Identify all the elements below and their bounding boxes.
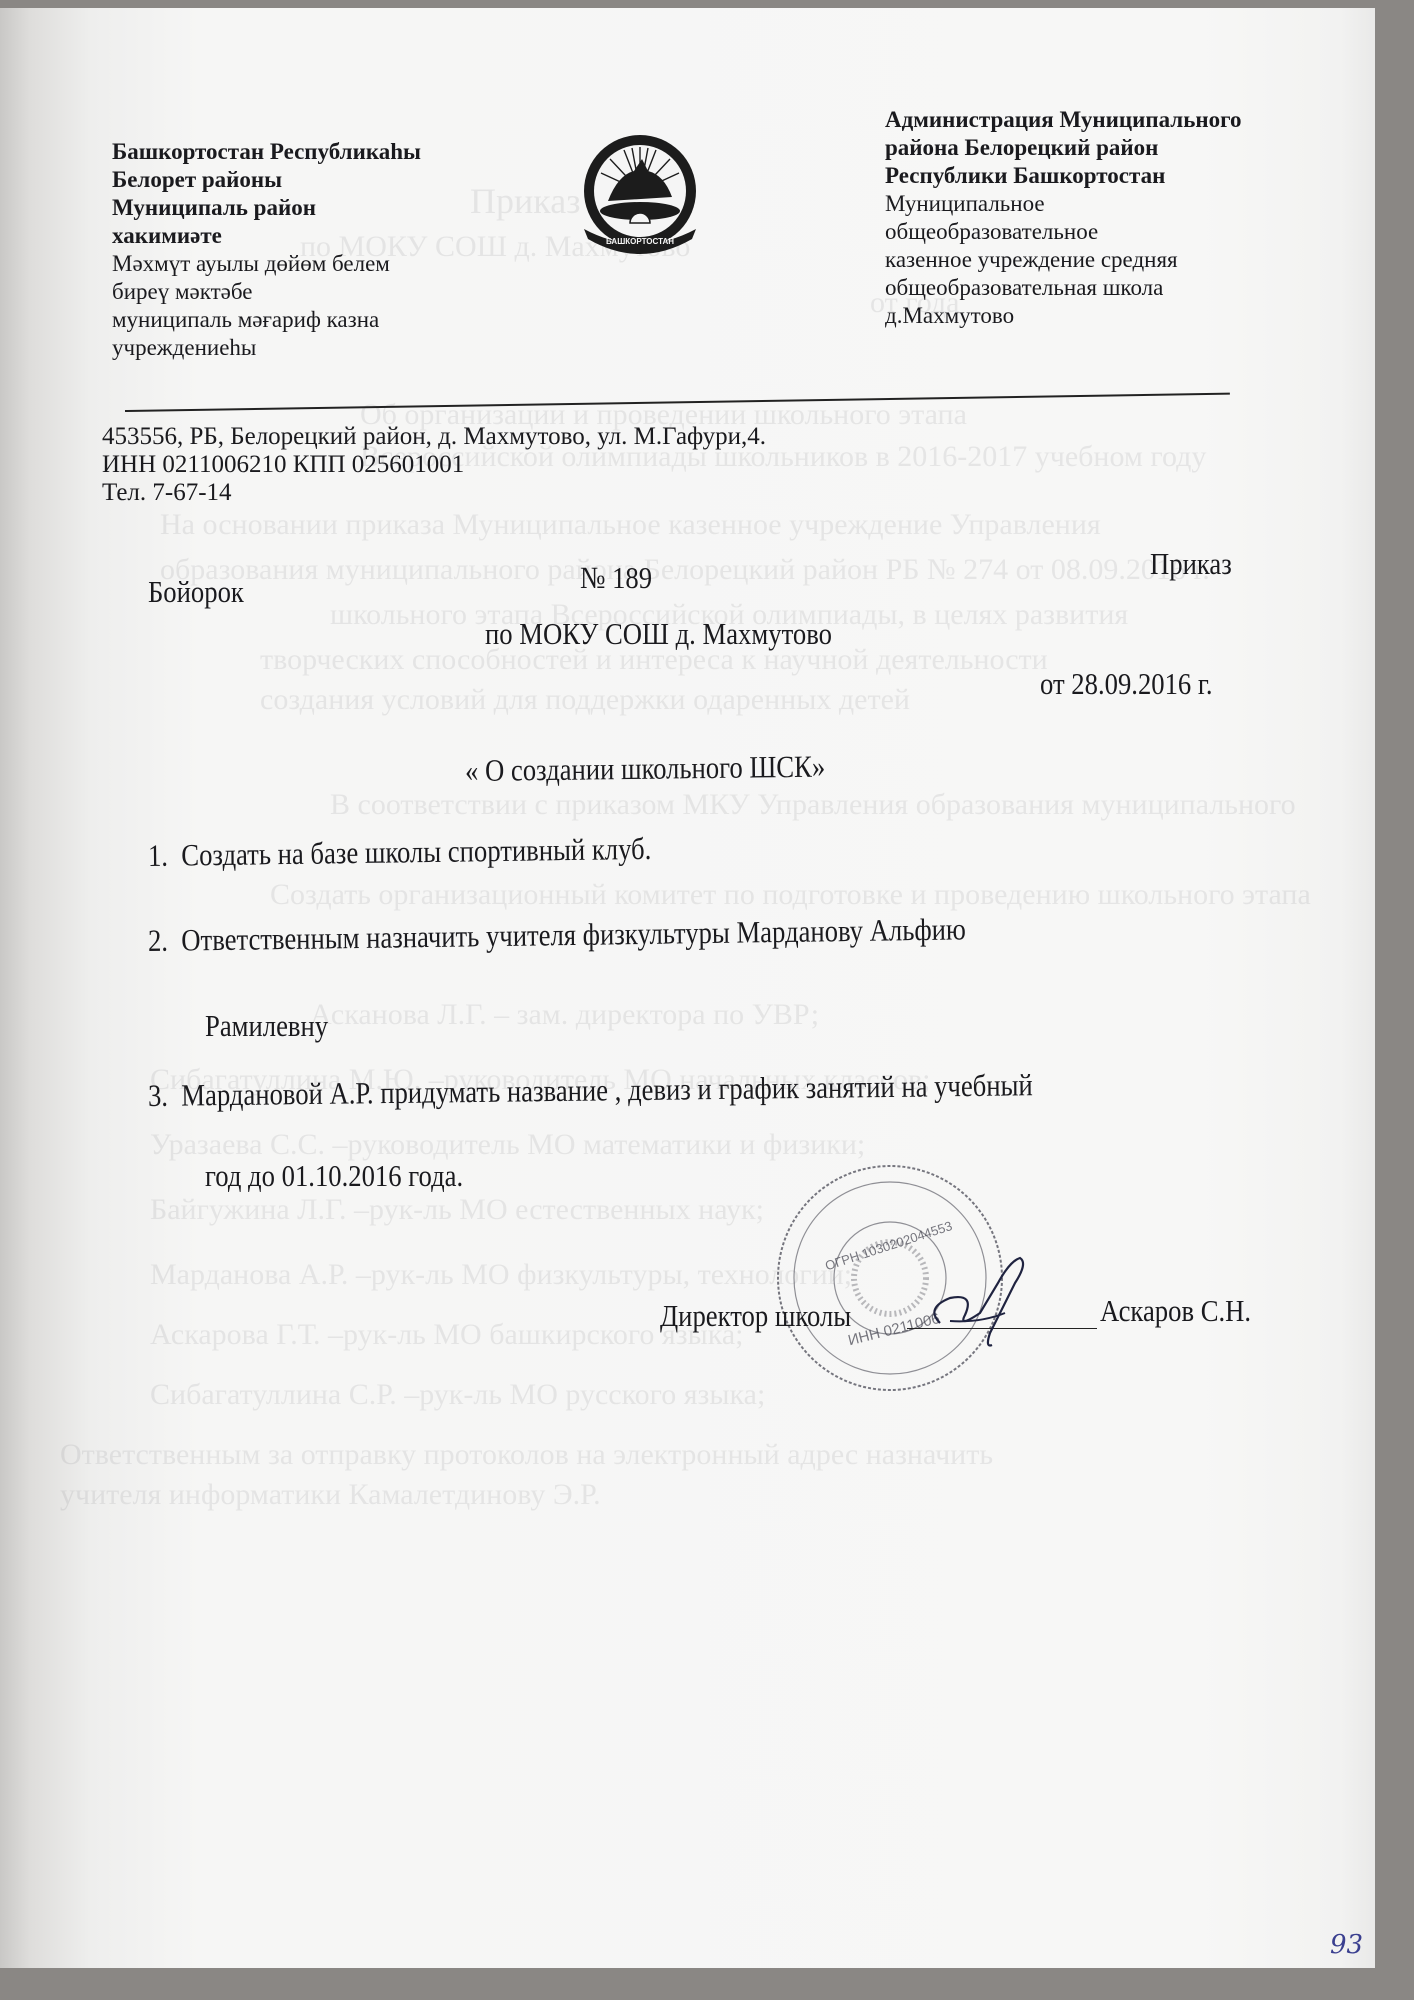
- bleed-through-text: Приказ: [470, 180, 580, 222]
- header-left-line: биреү мәктәбе: [112, 278, 421, 306]
- item-text: Мардановой А.Р. придумать название , дев…: [181, 1067, 1033, 1112]
- bleed-through-text: Аскарова Г.Т. –рук-ль МО башкирского язы…: [150, 1318, 744, 1352]
- header-left-line: учреждениеhы: [112, 334, 421, 362]
- header-left-line: Белорет районы: [112, 166, 421, 194]
- item-number: 2.: [148, 923, 168, 958]
- header-divider: [125, 393, 1230, 412]
- order-item: 3. Мардановой А.Р. придумать название , …: [148, 1067, 1033, 1114]
- order-item: 2. Ответственным назначить учителя физку…: [148, 911, 966, 959]
- header-left-line: хакимиәте: [112, 222, 421, 250]
- bleed-through-text: В соответствии с приказом МКУ Управления…: [330, 788, 1296, 822]
- address-line: 453556, РБ, Белорецкий район, д. Махмуто…: [102, 423, 766, 451]
- bleed-through-text: На основании приказа Муниципальное казен…: [160, 508, 1101, 542]
- phone-line: Тел. 7-67-14: [102, 479, 766, 507]
- order-label-russian: Приказ: [1150, 546, 1232, 582]
- item-text: Создать на базе школы спортивный клуб.: [181, 831, 651, 873]
- bleed-through-text: Асканова Л.Г. – зам. директора по УВР;: [310, 998, 819, 1032]
- header-left-line: Мәхмүт ауылы дөйөм белем: [112, 250, 421, 278]
- bleed-through-text: образования муниципального района Белоре…: [160, 553, 1210, 587]
- order-organization: по МОКУ СОШ д. Махмутово: [485, 616, 832, 652]
- header-left-block: Башкортостан Республикаhы Белорет районы…: [112, 138, 421, 362]
- bleed-through-text: Марданова А.Р. –рук-ль МО физкультуры, т…: [150, 1258, 852, 1292]
- bleed-through-text: Создать организационный комитет по подго…: [270, 878, 1311, 912]
- svg-text:БАШКОРТОСТАН: БАШКОРТОСТАН: [606, 237, 674, 246]
- order-label-bashkir: Бойорок: [148, 574, 244, 610]
- scan-background: [1394, 1600, 1414, 2000]
- header-right-line: общеобразовательное: [885, 218, 1242, 246]
- bleed-through-text: Байгужина Л.Г. –рук-ль МО естественных н…: [150, 1193, 764, 1227]
- bleed-through-text: создания условий для поддержки одаренных…: [260, 683, 910, 717]
- bleed-through-text: Уразаева С.С. –руководитель МО математик…: [150, 1128, 865, 1162]
- header-right-line: общеобразовательная школа: [885, 274, 1242, 302]
- order-title: « О создании школьного ШСК»: [465, 749, 826, 789]
- item-continuation: Рамилевну: [205, 1008, 328, 1044]
- bleed-through-text: Сибагатуллина С.Р. –рук-ль МО русского я…: [150, 1378, 765, 1412]
- header-right-line: Муниципальное: [885, 190, 1242, 218]
- signature-role: Директор школы: [660, 1298, 851, 1334]
- header-right-line: казенное учреждение средняя: [885, 246, 1242, 274]
- handwritten-signature-icon: [920, 1253, 1060, 1353]
- item-text: Ответственным назначить учителя физкульт…: [181, 911, 966, 957]
- bashkortostan-coat-of-arms-icon: БАШКОРТОСТАН: [568, 131, 713, 266]
- header-right-line: района Белорецкий район: [885, 134, 1242, 162]
- address-block: 453556, РБ, Белорецкий район, д. Махмуто…: [102, 423, 766, 507]
- page-number: 93: [1330, 1930, 1363, 1960]
- header-left-line: Муниципаль район: [112, 194, 421, 222]
- header-left-line: муниципаль мәғариф казна: [112, 306, 421, 334]
- header-right-line: Администрация Муниципального: [885, 106, 1242, 134]
- order-item: 1. Создать на базе школы спортивный клуб…: [148, 831, 652, 874]
- order-date: от 28.09.2016 г.: [1040, 666, 1213, 702]
- header-right-line: Республики Башкортостан: [885, 162, 1242, 190]
- bleed-through-text: Ответственным за отправку протоколов на …: [60, 1438, 993, 1472]
- header-right-line: д.Махмутово: [885, 302, 1242, 330]
- header-right-block: Администрация Муниципального района Бело…: [885, 106, 1242, 330]
- item-number: 3.: [148, 1078, 168, 1113]
- director-name: Аскаров С.Н.: [1100, 1293, 1251, 1329]
- item-continuation: год до 01.10.2016 года.: [205, 1158, 463, 1194]
- document-page: Приказ по МОКУ СОШ д. Махмутово от года …: [0, 8, 1375, 1968]
- inn-kpp-line: ИНН 0211006210 КПП 025601001: [102, 451, 766, 479]
- header-left-line: Башкортостан Республикаhы: [112, 138, 421, 166]
- item-number: 1.: [148, 838, 168, 873]
- order-number: № 189: [580, 560, 652, 596]
- bleed-through-text: учителя информатики Камалетдинову Э.Р.: [60, 1478, 601, 1512]
